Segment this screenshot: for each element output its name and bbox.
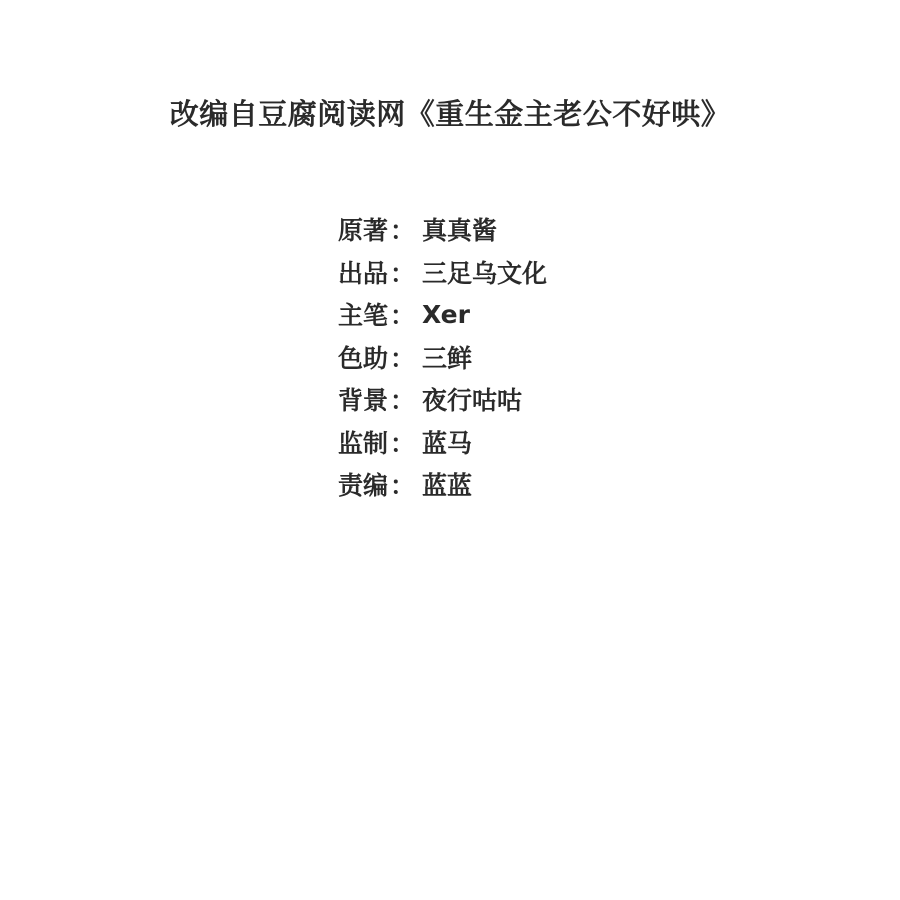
credit-role: 出品 [338,254,388,290]
credit-colon: ： [388,254,422,290]
credit-name: Xer [422,300,470,329]
credit-role: 监制 [338,424,388,460]
credit-name: 蓝蓝 [422,466,472,502]
credit-name: 三鲜 [422,339,472,375]
credit-colon: ： [388,339,422,375]
page-title: 改编自豆腐阅读网《重生金主老公不好哄》 [0,92,900,136]
credits-list: 原著 ： 真真酱 出品 ： 三足乌文化 主笔 ： Xer 色助 ： 三鲜 背景 … [338,208,547,506]
credit-role: 色助 [338,339,388,375]
credit-role: 主笔 [338,296,388,332]
credit-original-author: 原著 ： 真真酱 [338,208,547,251]
credit-colon: ： [388,381,422,417]
credit-name: 夜行咕咕 [422,381,522,417]
credit-colon: ： [388,466,422,502]
credit-background: 背景 ： 夜行咕咕 [338,378,547,421]
credit-name: 三足乌文化 [422,254,547,290]
credit-color-assistant: 色助 ： 三鲜 [338,336,547,379]
credit-editor: 责编 ： 蓝蓝 [338,463,547,506]
credit-colon: ： [388,296,422,332]
credit-producer: 出品 ： 三足乌文化 [338,251,547,294]
credit-role: 责编 [338,466,388,502]
credit-colon: ： [388,424,422,460]
credit-lead-artist: 主笔 ： Xer [338,293,547,336]
credit-role: 原著 [338,211,388,247]
credit-name: 蓝马 [422,424,472,460]
credit-name: 真真酱 [422,211,497,247]
credit-role: 背景 [338,381,388,417]
credit-supervisor: 监制 ： 蓝马 [338,421,547,464]
credit-colon: ： [388,211,422,247]
